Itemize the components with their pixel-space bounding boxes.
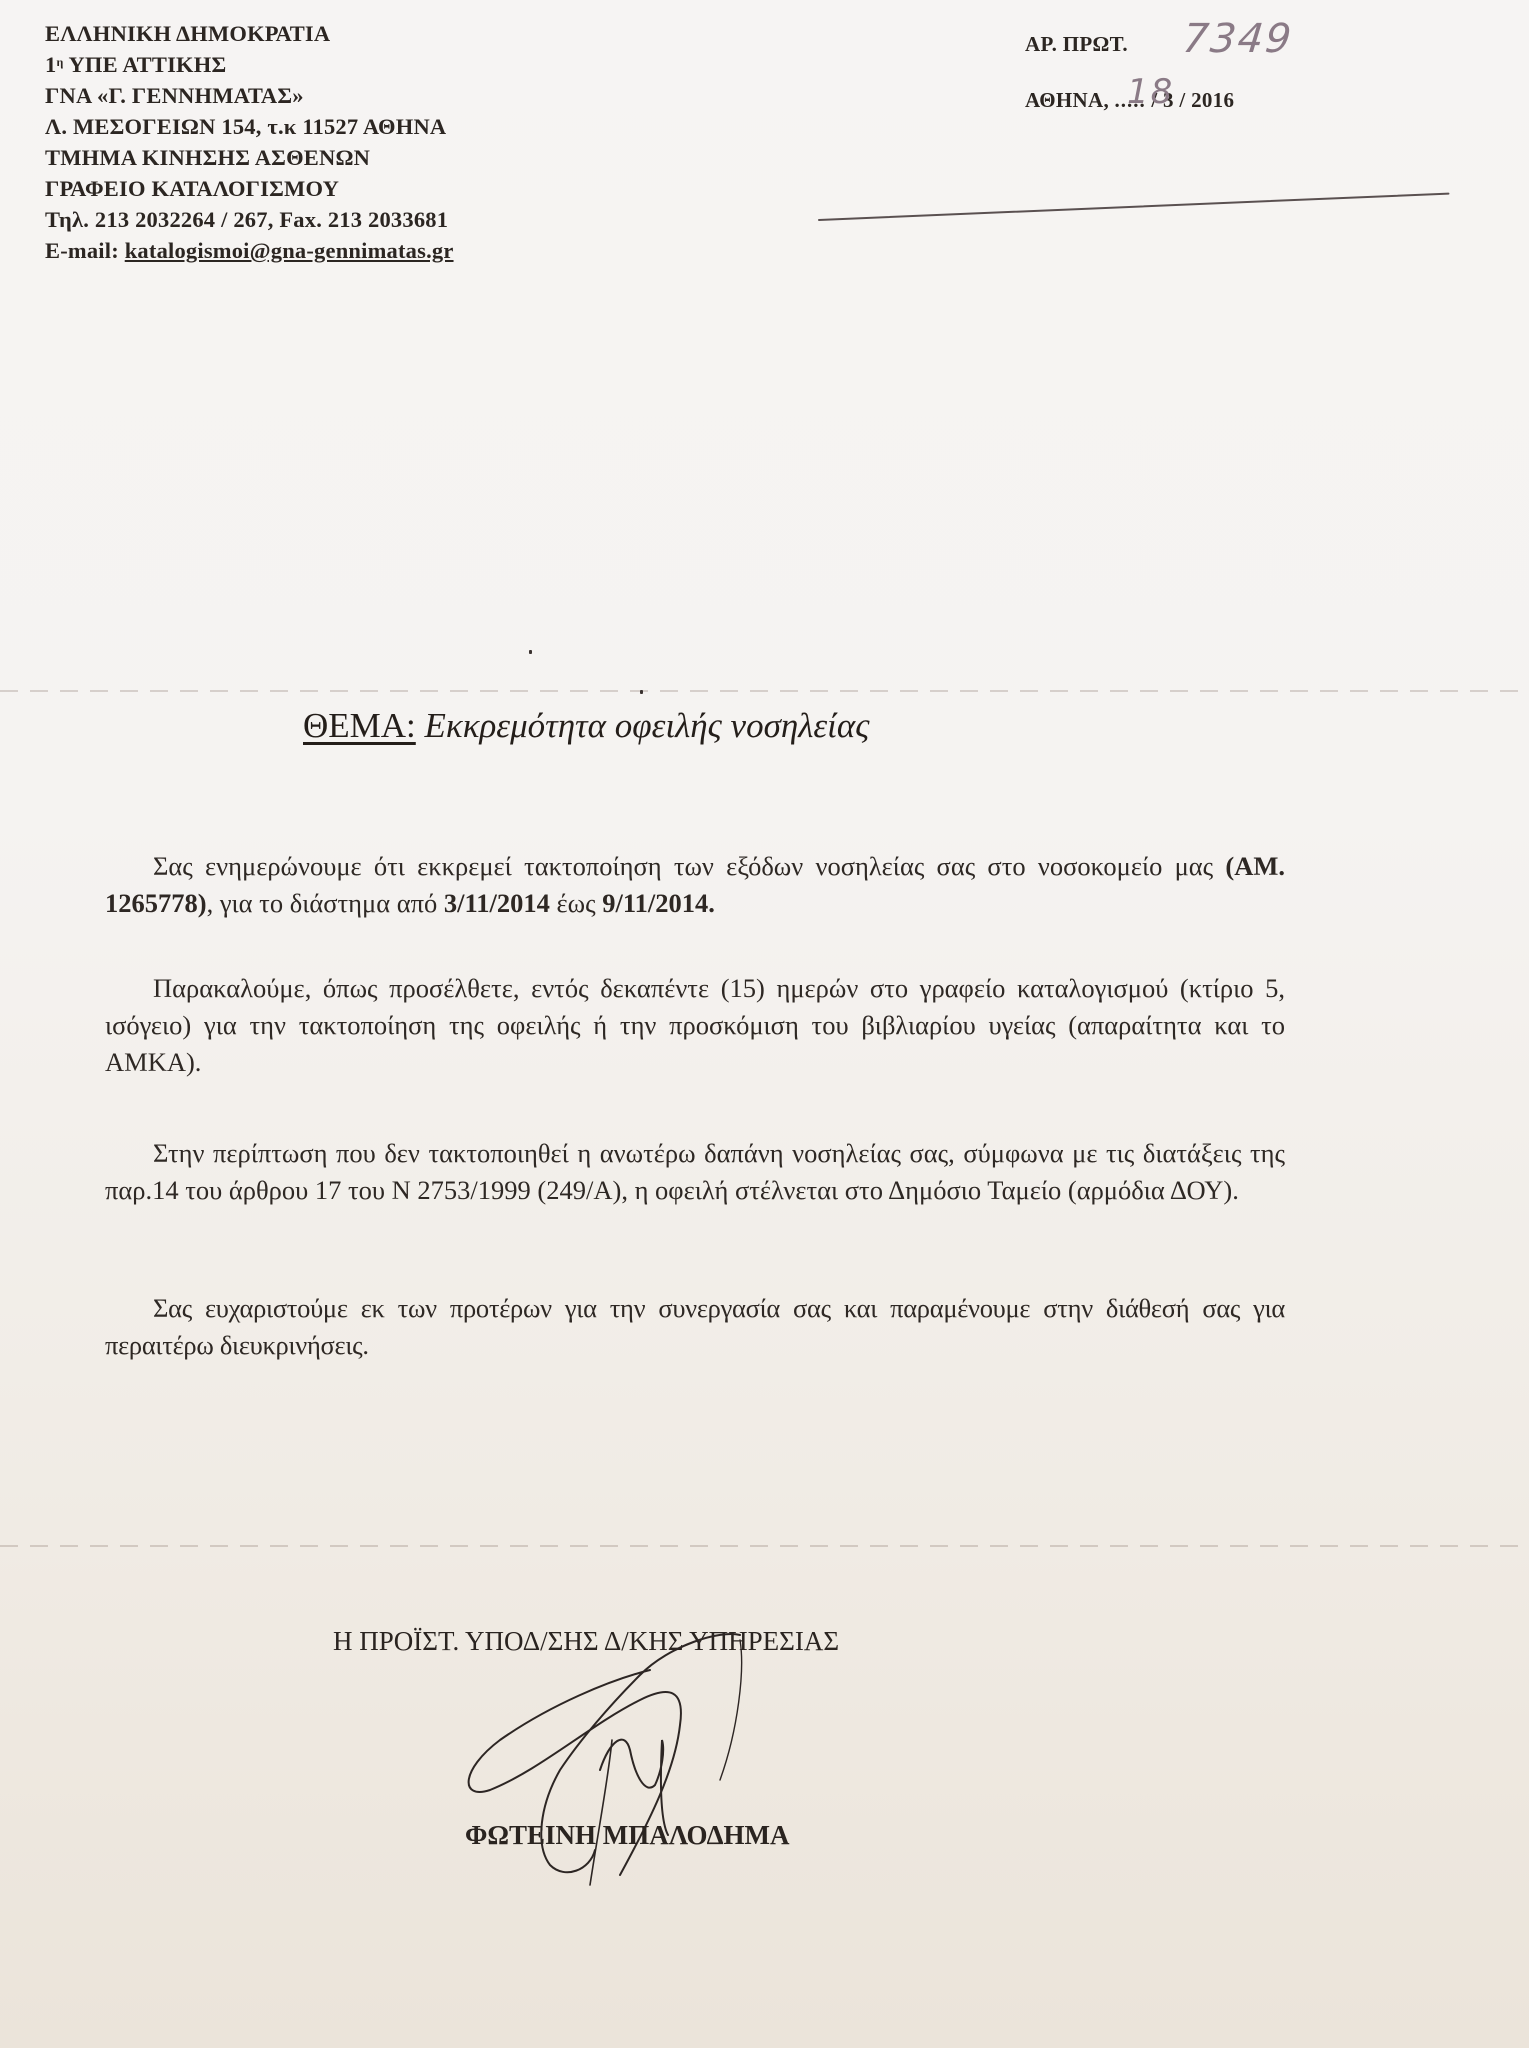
date-day-handwritten: 18 xyxy=(1127,72,1174,112)
letterhead-office: ΓΡΑΦΕΙΟ ΚΑΤΑΛΟΓΙΣΜΟΥ xyxy=(45,173,454,204)
subject-line: ΘΕΜΑ: Εκκρεμότητα οφειλής νοσηλείας xyxy=(303,706,869,746)
date-label: ΑΘΗΝΑ, xyxy=(1025,88,1115,112)
date-row: ΑΘΗΝΑ, ..... / 3 / 2016 18 xyxy=(1025,88,1234,144)
letterhead-phone-fax: Τηλ. 213 2032264 / 267, Fax. 213 2033681 xyxy=(45,204,454,235)
protocol-number-handwritten: 7349 xyxy=(1181,16,1296,62)
letterhead-hospital: ΓΝΑ «Γ. ΓΕΝΝΗΜΑΤΑΣ» xyxy=(45,80,454,111)
paragraph-visit-request: Παρακαλούμε, όπως προσέλθετε, εντός δεκα… xyxy=(105,970,1285,1081)
letterhead: ΕΛΛΗΝΙΚΗ ΔΗΜΟΚΡΑΤΙΑ 1η ΥΠΕ ΑΤΤΙΚΗΣ ΓΝΑ «… xyxy=(45,18,454,266)
reference-block: ΑΡ. ΠΡΩΤ. 7349 ΑΘΗΝΑ, ..... / 3 / 2016 1… xyxy=(1025,32,1234,144)
recipient-line xyxy=(818,193,1450,221)
paper-fold-line xyxy=(0,1545,1529,1547)
letterhead-health-region: 1η ΥΠΕ ΑΤΤΙΚΗΣ xyxy=(45,49,454,80)
paragraph-closing: Σας ευχαριστούμε εκ των προτέρων για την… xyxy=(105,1290,1285,1364)
paragraph-legal-notice: Στην περίπτωση που δεν τακτοποιηθεί η αν… xyxy=(105,1135,1285,1209)
paper-fold-line xyxy=(0,690,1529,692)
date-from: 3/11/2014 xyxy=(444,888,550,918)
paper-speck xyxy=(640,690,643,694)
letterhead-address: Λ. ΜΕΣΟΓΕΙΩΝ 154, τ.κ 11527 ΑΘΗΝΑ xyxy=(45,111,454,142)
paragraph-outstanding-balance: Σας ενημερώνουμε ότι εκκρεμεί τακτοποίησ… xyxy=(105,848,1285,922)
date-to: 9/11/2014. xyxy=(602,888,715,918)
paper-speck xyxy=(529,650,532,654)
letterhead-email: E-mail: katalogismoi@gna-gennimatas.gr xyxy=(45,235,454,266)
protocol-label: ΑΡ. ΠΡΩΤ. xyxy=(1025,32,1128,56)
email-link[interactable]: katalogismoi@gna-gennimatas.gr xyxy=(125,238,454,263)
subject-text: Εκκρεμότητα οφειλής νοσηλείας xyxy=(425,706,870,745)
subject-label: ΘΕΜΑ: xyxy=(303,706,416,745)
handwritten-signature xyxy=(440,1630,780,1890)
letterhead-country: ΕΛΛΗΝΙΚΗ ΔΗΜΟΚΡΑΤΙΑ xyxy=(45,18,454,49)
signer-name: ΦΩΤΕΙΝΗ ΜΠΑΛΟΔΗΜΑ xyxy=(465,1820,790,1851)
letterhead-department: ΤΜΗΜΑ ΚΙΝΗΣΗΣ ΑΣΘΕΝΩΝ xyxy=(45,142,454,173)
